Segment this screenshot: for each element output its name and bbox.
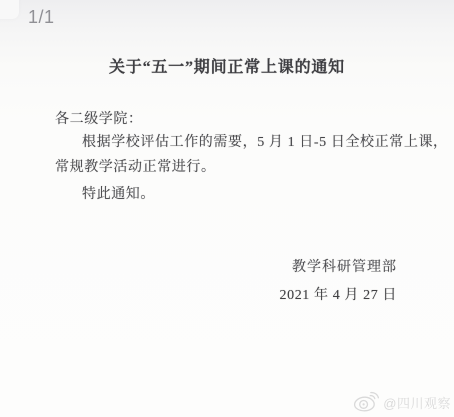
signature: 教学科研管理部 xyxy=(292,256,397,276)
body-line-2: 常规教学活动正常进行。 xyxy=(55,156,216,176)
watermark-handle: @四川观察 xyxy=(383,393,451,412)
watermark: @四川观察 xyxy=(353,391,451,413)
closing-line: 特此通知。 xyxy=(82,183,155,203)
document-title: 关于“五一”期间正常上课的通知 xyxy=(0,54,454,77)
notice-document: 关于“五一”期间正常上课的通知 各二级学院： 根据学校评估工作的需要，5 月 1… xyxy=(0,0,454,417)
weibo-icon xyxy=(353,391,380,413)
body-line-1: 根据学校评估工作的需要，5 月 1 日-5 日全校正常上课， xyxy=(82,131,448,151)
document-date: 2021 年 4 月 27 日 xyxy=(280,284,398,304)
salutation-line: 各二级学院： xyxy=(55,108,143,128)
image-viewer: 1/1 关于“五一”期间正常上课的通知 各二级学院： 根据学校评估工作的需要，5… xyxy=(0,0,454,417)
